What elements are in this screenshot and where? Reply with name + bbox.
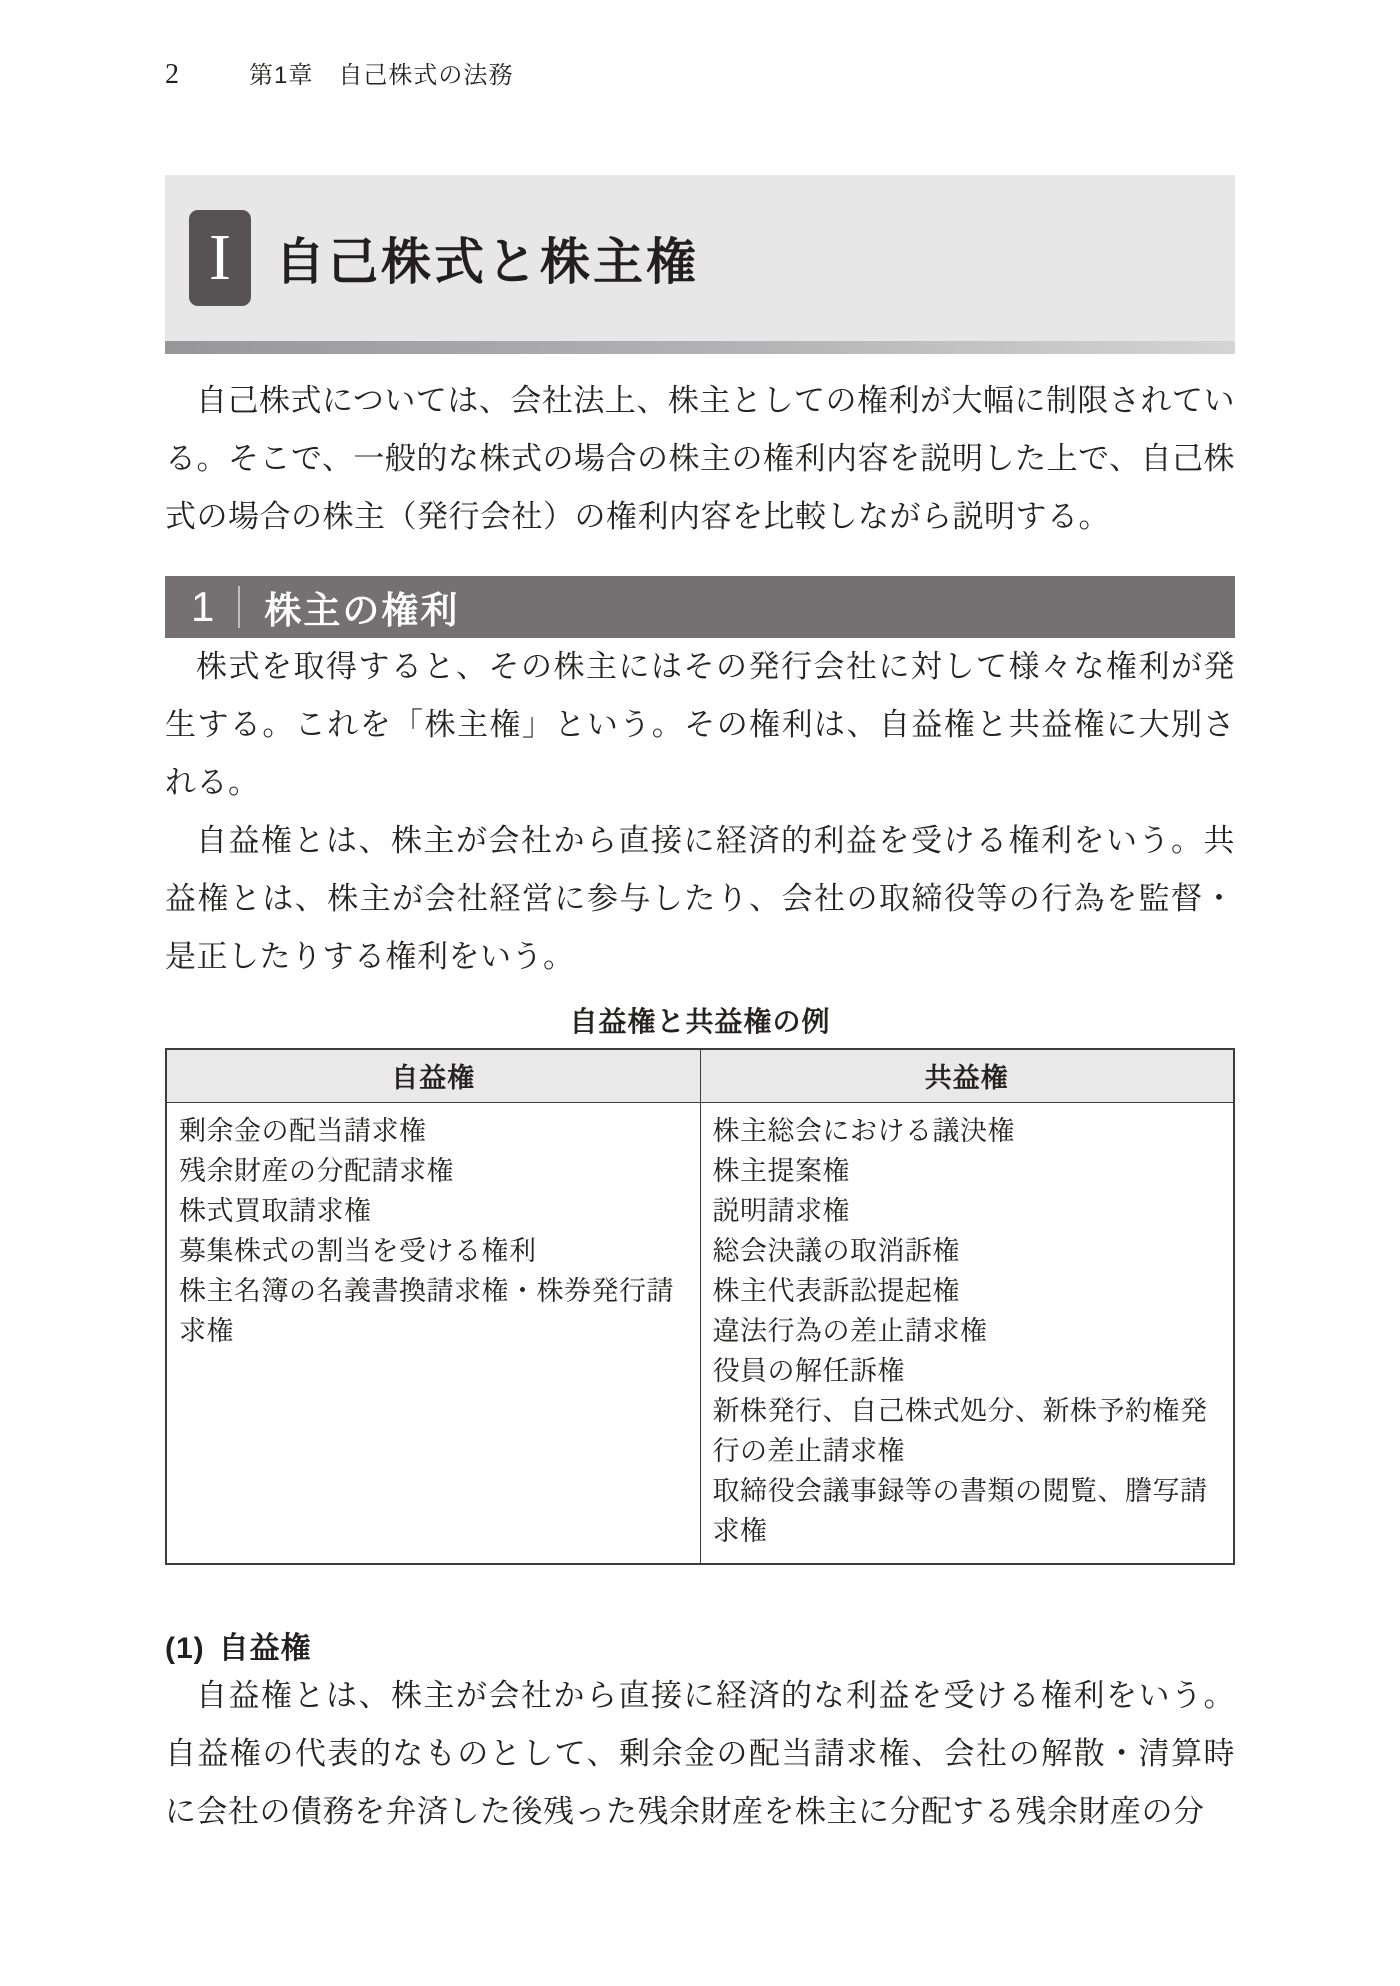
page-number: 2 [165,59,179,91]
kyoeki-cell: 株主総会における議決権 株主提案権 説明請求権 総会決議の取消訴権 株主代表訴訟… [700,1103,1234,1565]
content-column: 2 第1章 自己株式の法務 I 自己株式と株主権 自己株式については、会社法上、… [165,0,1235,1841]
list-item: 株主代表訴訟提起権 [713,1271,1222,1311]
list-item: 株主提案権 [713,1151,1222,1191]
body-paragraph-2: 自益権とは、株主が会社から直接に経済的利益を受ける権利をいう。共益権とは、株主が… [165,812,1235,986]
list-item: 取締役会議事録等の書類の閲覧、謄写請求権 [713,1471,1222,1551]
list-item: 残余財産の分配請求権 [179,1151,688,1191]
table-header-jieki: 自益権 [166,1049,700,1103]
book-page: 2 第1章 自己株式の法務 I 自己株式と株主権 自己株式については、会社法上、… [0,0,1400,1986]
section-number: 1 [191,583,214,631]
chapter-running-title: 第1章 自己株式の法務 [249,55,513,90]
list-item: 総会決議の取消訴権 [713,1231,1222,1271]
list-item: 株式買取請求権 [179,1191,688,1231]
section-divider [238,586,240,628]
list-item: 違法行為の差止請求権 [713,1311,1222,1351]
jieki-cell: 剰余金の配当請求権 残余財産の分配請求権 株式買取請求権 募集株式の割当を受ける… [166,1103,700,1565]
running-header: 2 第1章 自己株式の法務 [165,0,1235,91]
chapter-numeral-box: I [189,210,251,306]
list-item: 説明請求権 [713,1191,1222,1231]
list-item: 株主名簿の名義書換請求権・株券発行請求権 [179,1271,688,1351]
table-body-row: 剰余金の配当請求権 残余財産の分配請求権 株式買取請求権 募集株式の割当を受ける… [166,1103,1234,1565]
section-title: 株主の権利 [264,580,459,634]
subsection-label: (1) [165,1632,205,1665]
chapter-heading-title: 自己株式と株主権 [275,222,699,294]
chapter-heading-band: I 自己株式と株主権 [165,175,1235,341]
list-item: 役員の解任訴権 [713,1351,1222,1391]
list-item: 募集株式の割当を受ける権利 [179,1231,688,1271]
subsection-title: 自益権 [219,1632,312,1665]
subsection-paragraph: 自益権とは、株主が会社から直接に経済的な利益を受ける権利をいう。自益権の代表的な… [165,1667,1235,1841]
body-paragraph-1: 株式を取得すると、その株主にはその発行会社に対して様々な権利が発生する。これを「… [165,638,1235,812]
table-caption: 自益権と共益権の例 [165,1000,1235,1040]
intro-paragraph: 自己株式については、会社法上、株主としての権利が大幅に制限されている。そこで、一… [165,372,1235,546]
section-bar: 1 株主の権利 [165,576,1235,638]
subsection-heading: (1)自益権 [165,1623,1235,1667]
list-item: 株主総会における議決権 [713,1111,1222,1151]
chapter-heading-shadow [165,341,1235,354]
table-header-row: 自益権 共益権 [166,1049,1234,1103]
rights-table: 自益権 共益権 剰余金の配当請求権 残余財産の分配請求権 株式買取請求権 募集株… [165,1048,1235,1565]
list-item: 新株発行、自己株式処分、新株予約権発行の差止請求権 [713,1391,1222,1471]
list-item: 剰余金の配当請求権 [179,1111,688,1151]
table-header-kyoeki: 共益権 [700,1049,1234,1103]
